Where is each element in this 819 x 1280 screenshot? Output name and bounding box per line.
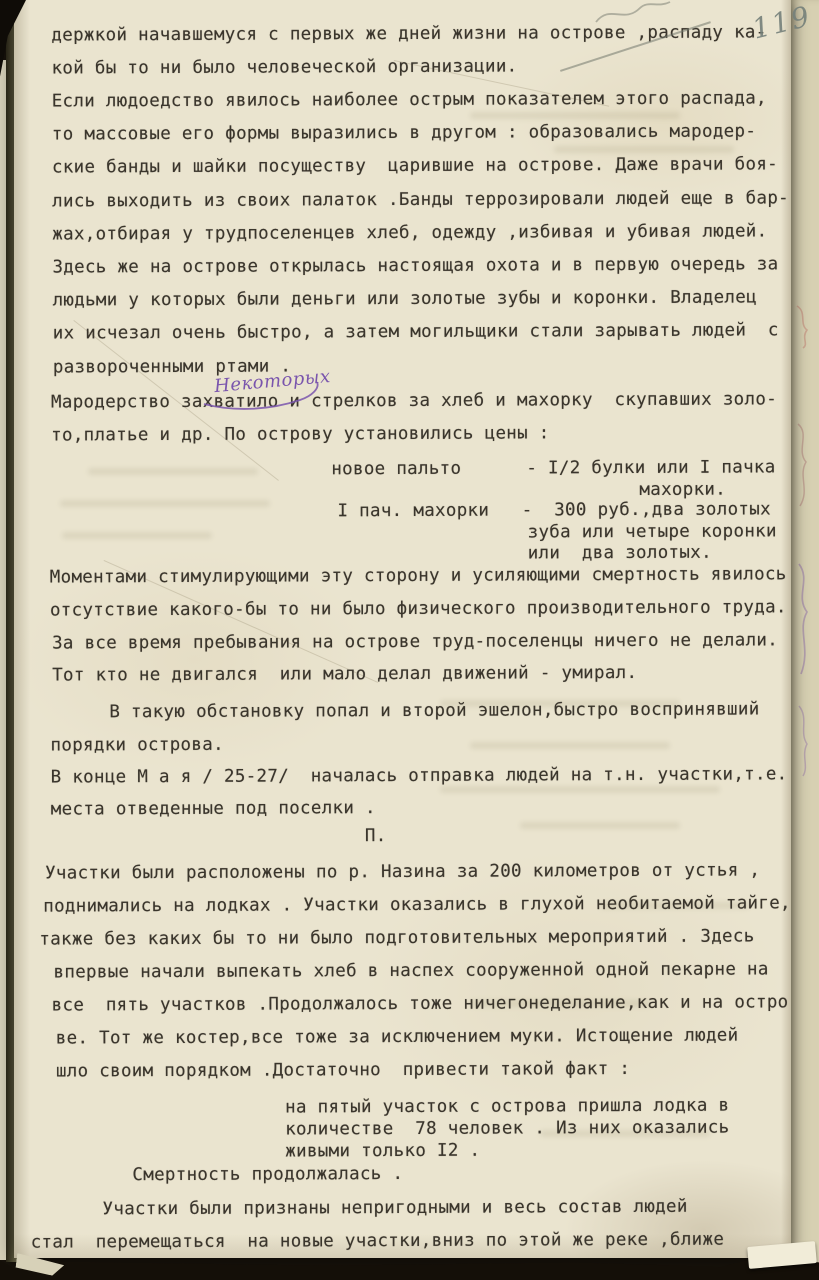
typed-line: Смертность продолжалась . bbox=[132, 1164, 403, 1185]
typed-line: людьми у которых были деньги или золотые… bbox=[53, 287, 757, 310]
typed-line: то массовые его формы выразились в друго… bbox=[52, 121, 756, 144]
typed-line-price: I пач. махорки - 300 руб.,два золотых bbox=[337, 499, 771, 521]
typed-line: также без каких бы то ни было подготовит… bbox=[39, 926, 754, 949]
typed-line-price: новое пальто - I/2 булки или I пачка bbox=[331, 457, 775, 479]
typed-line: В конце М а я / 25-27/ началась отправка… bbox=[51, 764, 788, 787]
typed-line: жах,отбирая у трудпоселенцев хлеб, одежд… bbox=[52, 221, 767, 244]
pencil-scribble bbox=[594, 0, 674, 28]
underlying-page-right-edge bbox=[789, 0, 819, 1270]
typed-line: шло своим порядком .Достаточно привести … bbox=[56, 1059, 630, 1082]
typed-line: ве. Тот же костер,все тоже за исключение… bbox=[56, 1026, 739, 1049]
typed-line-price: или два золотых. bbox=[528, 543, 712, 564]
typed-line: Если людоедство явилось наиболее острым … bbox=[52, 88, 767, 111]
faint-ink-mark bbox=[793, 700, 815, 780]
typed-line: отсутствие какого-бы то ни было физическ… bbox=[50, 597, 787, 620]
typed-line: то,платье и др. По острову установились … bbox=[51, 423, 550, 445]
typed-line-fact: количестве 78 человек . Из них оказались bbox=[285, 1118, 729, 1140]
typed-line: лись выходить из своих палаток .Банды те… bbox=[52, 188, 789, 211]
section-heading: П. bbox=[365, 826, 387, 846]
typed-line: Тот кто не двигался или мало делал движе… bbox=[52, 663, 637, 686]
scanned-document: держкой начавшемуся с первых же дней жиз… bbox=[0, 0, 819, 1280]
typed-line: поднимались на лодках . Участки оказалис… bbox=[43, 893, 791, 916]
typed-line: порядки острова. bbox=[50, 735, 223, 756]
typed-line: места отведенные под поселки . bbox=[51, 798, 376, 819]
typed-line: все пять участков .Продолжалось тоже нич… bbox=[52, 992, 789, 1015]
typed-line: За все время пребывания на острове труд-… bbox=[52, 630, 778, 653]
faint-ink-mark bbox=[793, 300, 815, 350]
typed-text-layer: держкой начавшемуся с первых же дней жиз… bbox=[11, 0, 793, 1260]
typed-line: В такую обстановку попал и второй эшелон… bbox=[109, 699, 759, 722]
faint-ink-mark bbox=[792, 420, 816, 510]
typed-line-price: зуба или четыре коронки bbox=[528, 521, 777, 542]
typed-line: Моментами стимулирующими эту сторону и у… bbox=[50, 564, 787, 587]
typed-line: впервые начали выпекать хлеб в наспех со… bbox=[53, 959, 768, 982]
typed-line: ские банды и шайки посуществу царившие н… bbox=[52, 154, 778, 177]
faint-ink-mark bbox=[791, 560, 817, 680]
paper-sheet: держкой начавшемуся с первых же дней жиз… bbox=[14, 0, 791, 1258]
typed-line-price: махорки. bbox=[639, 480, 726, 500]
insertion-underline-stroke bbox=[200, 380, 330, 414]
typed-line-fact: живыми только I2 . bbox=[285, 1141, 480, 1162]
typed-line: Участки были расположены по р. Назина за… bbox=[45, 860, 760, 883]
typed-line: Мародерство захватило и стрелков за хлеб… bbox=[51, 389, 777, 412]
typed-line: стал перемещаться на новые участки,вниз … bbox=[31, 1230, 725, 1253]
typed-line: Участки были признаны непригодными и вес… bbox=[102, 1197, 687, 1220]
typed-line: кой бы то ни было человеческой организац… bbox=[52, 56, 518, 78]
typed-line: Здесь же на острове открылась настоящая … bbox=[52, 254, 778, 277]
typed-line-fact: на пятый участок с острова пришла лодка … bbox=[285, 1096, 729, 1118]
typed-line: их исчезал очень быстро, а затем могильщ… bbox=[53, 320, 779, 343]
